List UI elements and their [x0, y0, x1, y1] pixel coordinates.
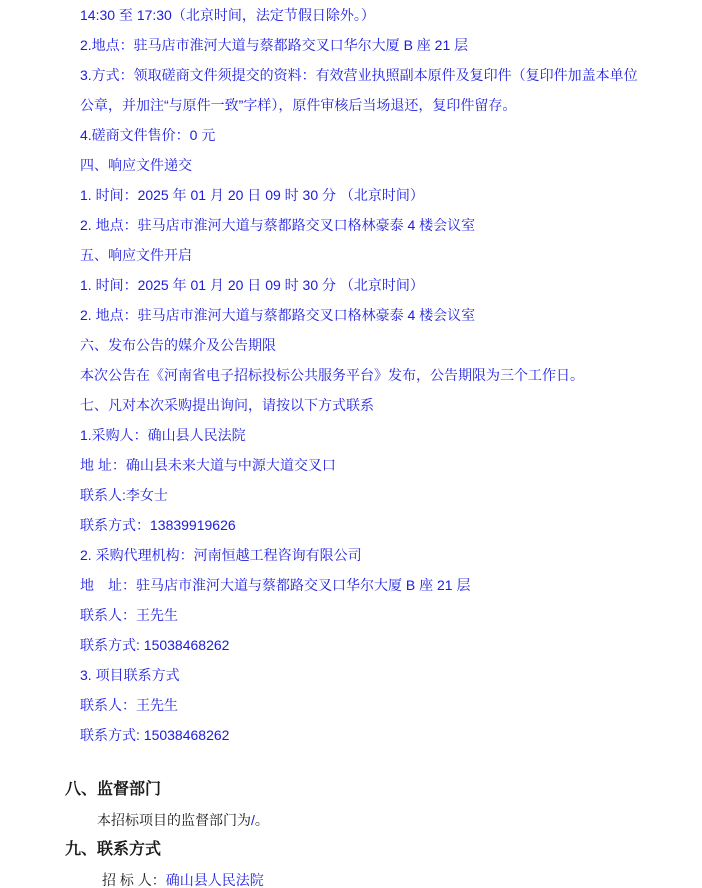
- document-line: 联系方式: 15038468262: [0, 720, 702, 750]
- document-line: 联系人：王先生: [0, 690, 702, 720]
- supervision-dept-text: 本招标项目的监督部门为: [97, 812, 251, 828]
- announcement-body: 14:30 至 17:30（北京时间，法定节假日除外。） 2.地点：驻马店市淮河…: [0, 0, 702, 888]
- document-line: 地 址：确山县未来大道与中源大道交叉口: [0, 450, 702, 480]
- document-line: 联系方式：13839919626: [0, 510, 702, 540]
- document-line: 14:30 至 17:30（北京时间，法定节假日除外。）: [0, 0, 702, 30]
- document-line: 2. 采购代理机构：河南恒越工程咨询有限公司: [0, 540, 702, 570]
- section-heading-response-submission: 四、响应文件递交: [0, 150, 702, 180]
- tenderer-name: 确山县人民法院: [166, 872, 264, 888]
- document-line: 2. 地点：驻马店市淮河大道与蔡都路交叉口格林豪泰 4 楼会议室: [0, 210, 702, 240]
- section-heading-contact-info: 九、联系方式: [0, 835, 702, 865]
- document-line: 1.采购人：确山县人民法院: [0, 420, 702, 450]
- document-line: 1. 时间：2025 年 01 月 20 日 09 时 30 分 （北京时间）: [0, 180, 702, 210]
- document-line: 联系人：王先生: [0, 600, 702, 630]
- tenderer-line: 招 标 人：确山县人民法院: [0, 865, 702, 888]
- document-line: 地 址：驻马店市淮河大道与蔡都路交叉口华尔大厦 B 座 21 层: [0, 570, 702, 600]
- document-line: 2. 地点：驻马店市淮河大道与蔡都路交叉口格林豪泰 4 楼会议室: [0, 300, 702, 330]
- document-line: 3. 项目联系方式: [0, 660, 702, 690]
- document-line: 2.地点：驻马店市淮河大道与蔡都路交叉口华尔大厦 B 座 21 层: [0, 30, 702, 60]
- document-line: 本次公告在《河南省电子招标投标公共服务平台》发布，公告期限为三个工作日。: [0, 360, 702, 390]
- tenderer-label: 招 标 人：: [102, 872, 166, 888]
- supervision-dept-line: 本招标项目的监督部门为/。: [0, 805, 702, 835]
- section-heading-response-opening: 五、响应文件开启: [0, 240, 702, 270]
- supervision-dept-period: 。: [255, 812, 269, 828]
- section-heading-supervision-dept: 八、监督部门: [0, 775, 702, 805]
- document-line: 公章，并加注“与原件一致”字样），原件审核后当场退还，复印件留存。: [0, 90, 702, 120]
- section-heading-inquiry-contact: 七、凡对本次采购提出询问，请按以下方式联系: [0, 390, 702, 420]
- document-line: 3.方式：领取磋商文件须提交的资料：有效营业执照副本原件及复印件（复印件加盖本单…: [0, 60, 702, 90]
- document-line: 联系方式: 15038468262: [0, 630, 702, 660]
- supervision-and-contact-section: 八、监督部门 本招标项目的监督部门为/。 九、联系方式 招 标 人：确山县人民法…: [0, 775, 702, 888]
- document-line: 4.磋商文件售价：0 元: [0, 120, 702, 150]
- document-line: 1. 时间：2025 年 01 月 20 日 09 时 30 分 （北京时间）: [0, 270, 702, 300]
- document-line: 联系人:李女士: [0, 480, 702, 510]
- section-heading-announcement-media: 六、发布公告的媒介及公告期限: [0, 330, 702, 360]
- document-page: 14:30 至 17:30（北京时间，法定节假日除外。） 2.地点：驻马店市淮河…: [0, 0, 702, 888]
